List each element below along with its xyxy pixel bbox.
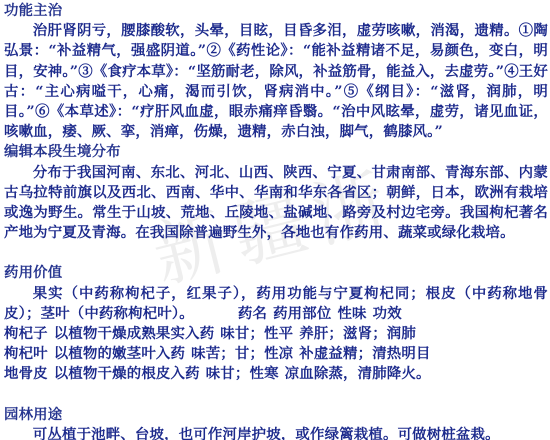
section-text-function: 治肝肾阴亏，腰膝酸软，头晕，目眩，目昏多泪，虚劳咳嗽，消渴，遗精。①陶弘景：“补… xyxy=(4,21,548,142)
section-function: 功能主治 治肝肾阴亏，腰膝酸软，头晕，目眩，目昏多泪，虚劳咳嗽，消渴，遗精。①陶… xyxy=(4,1,548,142)
herb-effect: 养肝；滋肾；润肺 xyxy=(299,325,416,342)
section-text-garden: 可丛植于池畔、台坡，也可作河岸护坡，或作绿篱栽植。可做树桩盆栽。 xyxy=(4,425,548,440)
spacer xyxy=(4,243,548,263)
section-distribution: 编辑本段生境分布 分布于我国河南、东北、河北、山西、陕西、宁夏、甘肃南部、青海东… xyxy=(4,142,548,243)
herb-effect: 补虚益精；清热明目 xyxy=(299,345,430,362)
section-text-distribution: 分布于我国河南、东北、河北、山西、陕西、宁夏、甘肃南部、青海东部、内蒙古乌拉特前… xyxy=(4,163,548,244)
spacer xyxy=(4,385,548,405)
document-body: 功能主治 治肝肾阴亏，腰膝酸软，头晕，目眩，目昏多泪，虚劳咳嗽，消渴，遗精。①陶… xyxy=(4,1,548,440)
herb-effect: 凉血除蒸，清肺降火。 xyxy=(285,365,431,382)
herb-part: 以植物干燥成熟果实入药 xyxy=(54,325,215,342)
herb-name: 地骨皮 xyxy=(4,365,48,382)
section-text-medicinal: 果实（中药称枸杞子，红果子），药用功能与宁夏枸杞同；根皮（中药称地骨皮）；茎叶（… xyxy=(4,284,548,324)
herb-name: 枸杞子 xyxy=(4,325,48,342)
table-header-name: 药名 xyxy=(238,305,267,322)
table-header-nature: 性味 xyxy=(337,305,366,322)
herb-nature: 味苦；甘；性凉 xyxy=(191,345,293,362)
herb-nature: 味甘；性寒 xyxy=(206,365,279,382)
table-header-part: 药用部位 xyxy=(273,305,331,322)
section-heading-medicinal: 药用价值 xyxy=(4,263,548,283)
table-row: 枸杞子以植物干燥成熟果实入药味甘；性平养肝；滋肾；润肺 xyxy=(4,324,548,344)
herb-name: 枸杞叶 xyxy=(4,345,48,362)
herb-part: 以植物的嫩茎叶入药 xyxy=(54,345,185,362)
table-row: 地骨皮以植物干燥的根皮入药味甘；性寒凉血除蒸，清肺降火。 xyxy=(4,364,548,384)
table-row: 枸杞叶以植物的嫩茎叶入药味苦；甘；性凉补虚益精；清热明目 xyxy=(4,344,548,364)
herb-part: 以植物干燥的根皮入药 xyxy=(54,365,200,382)
herb-nature: 味甘；性平 xyxy=(220,325,293,342)
section-medicinal: 药用价值 果实（中药称枸杞子，红果子），药用功能与宁夏枸杞同；根皮（中药称地骨皮… xyxy=(4,263,548,384)
section-heading-function: 功能主治 xyxy=(4,1,548,21)
section-garden: 园林用途 可丛植于池畔、台坡，也可作河岸护坡，或作绿篱栽植。可做树桩盆栽。 xyxy=(4,405,548,440)
table-header: 药名药用部位性味功效 xyxy=(238,305,408,322)
section-heading-garden: 园林用途 xyxy=(4,405,548,425)
table-header-effect: 功效 xyxy=(373,305,402,322)
section-heading-distribution[interactable]: 编辑本段生境分布 xyxy=(4,142,548,162)
